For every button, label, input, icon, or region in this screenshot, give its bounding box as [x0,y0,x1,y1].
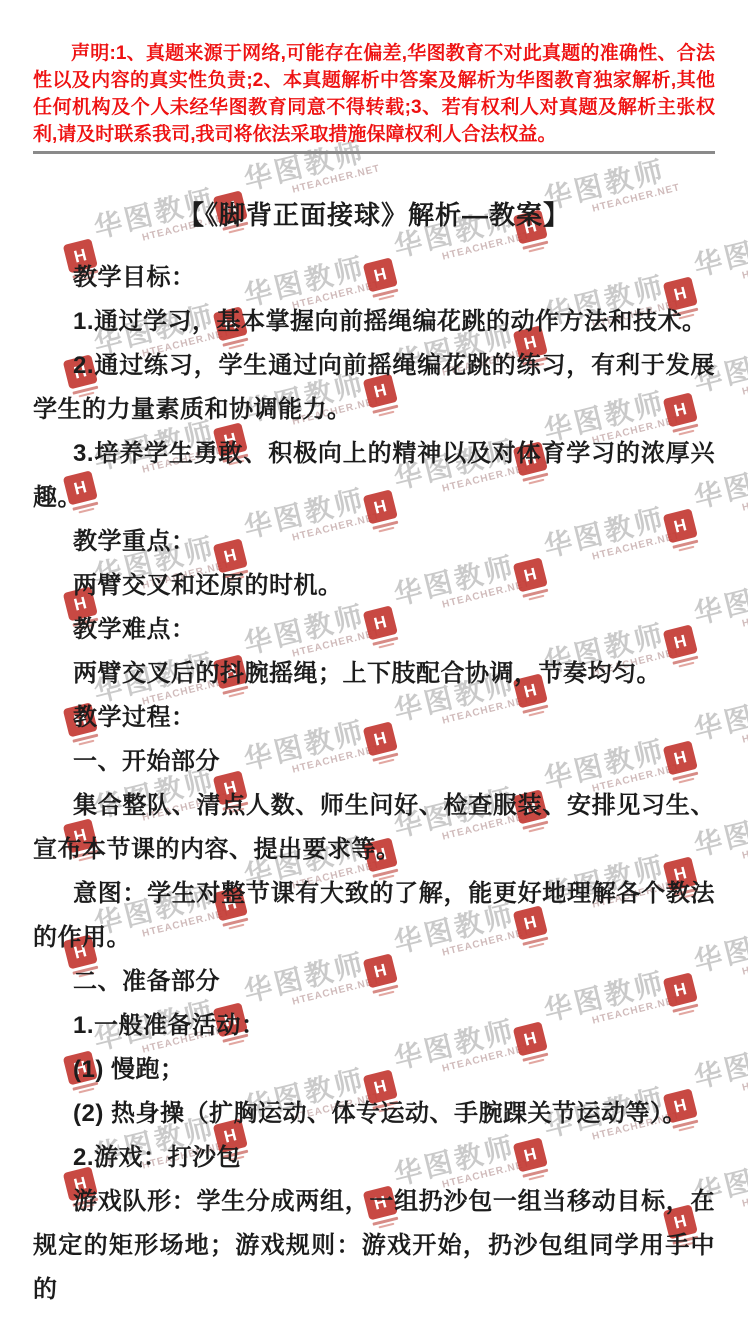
paragraph: 意图：学生对整节课有大致的了解，能更好地理解各个教法的作用。 [33,872,715,960]
paragraph: (1) 慢跑； [33,1048,715,1092]
paragraph: 一、开始部分 [33,740,715,784]
paragraph: 1.一般准备活动： [33,1004,715,1048]
paragraph: 教学过程： [33,696,715,740]
paragraph: (2) 热身操（扩胸运动、体专运动、手腕踝关节运动等）。 [33,1092,715,1136]
paragraph: 教学难点： [33,608,715,652]
paragraph: 3.培养学生勇敢、积极向上的精神以及对体育学习的浓厚兴趣。 [33,432,715,520]
disclaimer-body: 1、真题来源于网络,可能存在偏差,华图教育不对此真题的准确性、合法性以及内容的真… [33,43,715,145]
document-page: H华图教师HTEACHER.NETH华图教师HTEACHER.NETH华图教师H… [0,0,748,1335]
document-content: 声明:1、真题来源于网络,可能存在偏差,华图教育不对此真题的准确性、合法性以及内… [0,0,748,1312]
disclaimer-label: 声明: [71,43,116,64]
document-body: 教学目标：1.通过学习，基本掌握向前摇绳编花跳的动作方法和技术。2.通过练习，学… [33,256,715,1312]
paragraph: 两臂交叉和还原的时机。 [33,564,715,608]
paragraph: 游戏队形：学生分成两组，一组扔沙包一组当移动目标，在规定的矩形场地；游戏规则：游… [33,1180,715,1312]
paragraph: 两臂交叉后的抖腕摇绳；上下肢配合协调，节奏均匀。 [33,652,715,696]
paragraph: 二、准备部分 [33,960,715,1004]
page-title: 【《脚背正面接球》解析—教案】 [33,198,715,232]
paragraph: 教学目标： [33,256,715,300]
paragraph: 2.游戏：打沙包 [33,1136,715,1180]
paragraph: 1.通过学习，基本掌握向前摇绳编花跳的动作方法和技术。 [33,300,715,344]
divider [33,151,715,154]
paragraph: 教学重点： [33,520,715,564]
disclaimer-text: 声明:1、真题来源于网络,可能存在偏差,华图教育不对此真题的准确性、合法性以及内… [33,40,715,148]
paragraph: 集合整队、清点人数、师生问好、检查服装、安排见习生、宣布本节课的内容、提出要求等… [33,784,715,872]
paragraph: 2.通过练习，学生通过向前摇绳编花跳的练习，有利于发展学生的力量素质和协调能力。 [33,344,715,432]
